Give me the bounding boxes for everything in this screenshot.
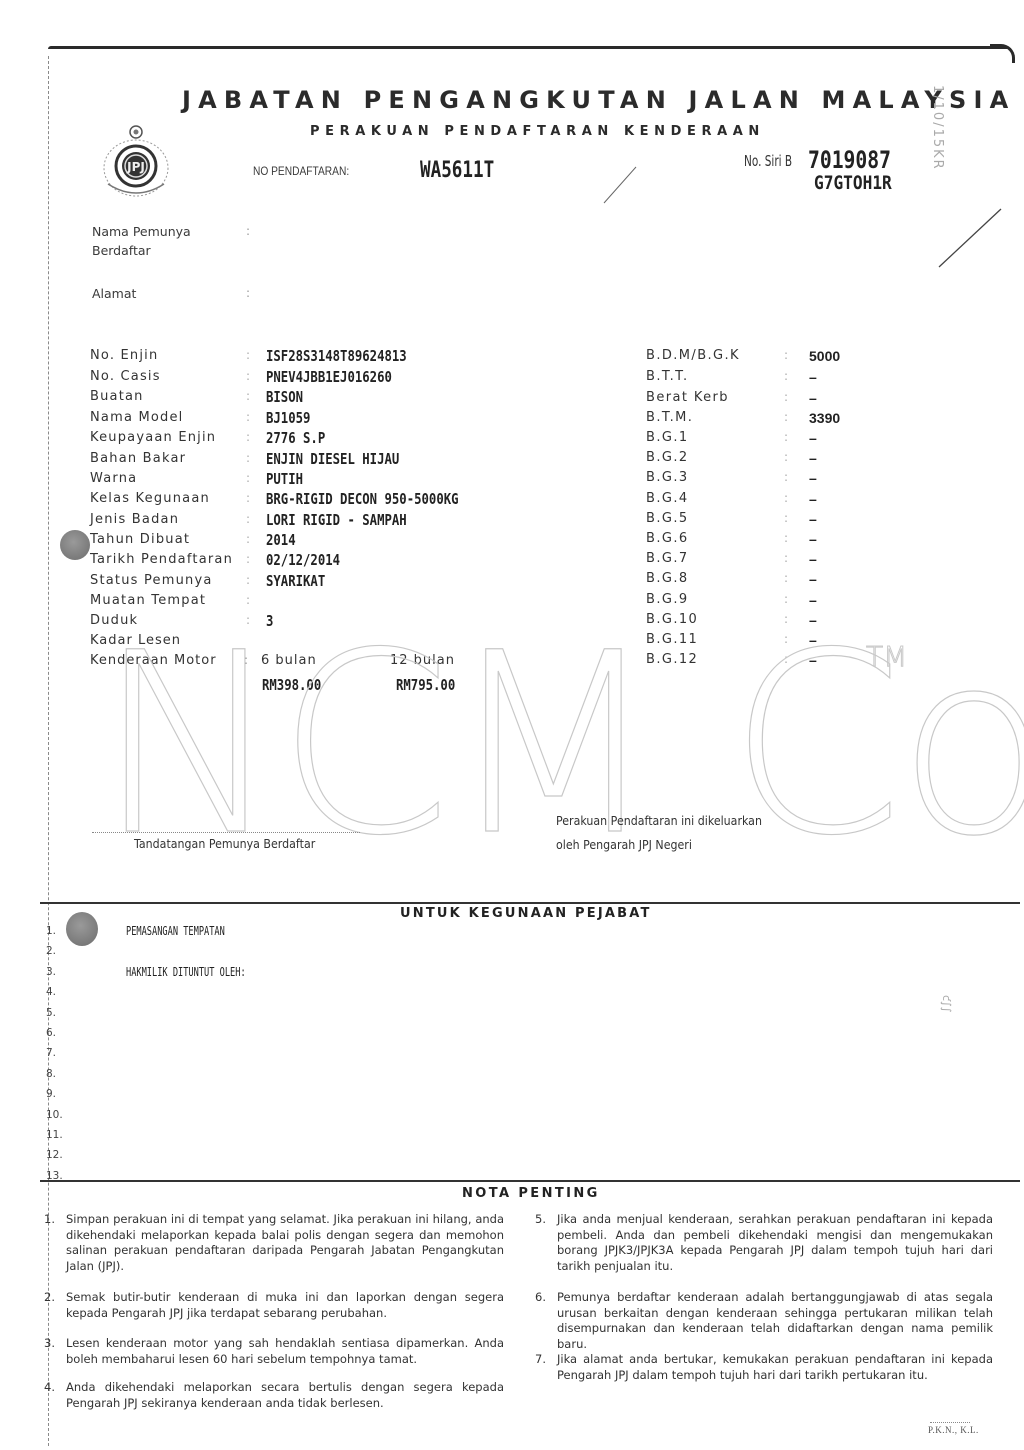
field-colon: : [784,450,788,464]
weight-field-label: Berat Kerb [646,390,729,405]
vehicle-row: Tarikh Pendaftaran:02/12/2014 [90,552,510,572]
note-item: 3.Lesen kenderaan motor yang sah hendakl… [66,1336,504,1367]
vehicle-field-value: 2776 S.P [266,429,325,447]
address-colon: : [246,286,250,300]
vehicle-field-label: Keupayaan Enjin [90,430,216,445]
weight-row: B.G.3:– [646,470,866,490]
vehicle-field-value: ISF28S3148T89624813 [266,347,407,365]
office-line-number: 8. [46,1068,66,1080]
weight-field-label: B.G.8 [646,571,689,586]
issuer-statement-line2: oleh Pengarah JPJ Negeri [556,838,692,852]
weight-field-value: 3390 [809,410,840,426]
field-colon: : [784,470,788,484]
weight-field-value: – [809,369,817,385]
vehicle-field-value: LORI RIGID - SAMPAH [266,511,407,529]
office-line-number: 7. [46,1047,66,1059]
note-number: 2. [44,1290,55,1306]
field-colon: : [784,430,788,444]
document-title: PERAKUAN PENDAFTARAN KENDERAAN [310,124,765,139]
vehicle-field-value: PUTIH [266,470,303,488]
office-line-number: 6. [46,1027,66,1039]
field-colon: : [246,451,250,465]
note-number: 7. [535,1352,546,1368]
field-colon: : [246,491,250,505]
weight-row: B.G.1:– [646,430,866,450]
field-colon: : [246,512,250,526]
note-number: 4. [44,1380,55,1396]
weight-field-value: – [809,571,817,587]
serial-number-label: No. Siri B [744,152,792,170]
vehicle-field-label: Nama Model [90,410,184,425]
weight-field-label: B.T.M. [646,410,693,425]
vehicle-field-value: PNEV4JBB1EJ016260 [266,368,392,386]
pen-stroke-mark [600,165,640,205]
weight-field-value: 5000 [809,348,840,364]
vehicle-field-label: Buatan [90,389,144,404]
vehicle-row: Warna:PUTIH [90,471,510,491]
weight-row: B.D.M/B.G.K:5000 [646,348,866,368]
svg-text:JPJ: JPJ [126,160,145,174]
vehicle-row: Tahun Dibuat:2014 [90,532,510,552]
office-line-number: 4. [46,986,66,998]
vehicle-field-value: 02/12/2014 [266,551,340,569]
field-colon: : [784,531,788,545]
address-label: Alamat [92,286,136,301]
vehicle-field-label: No. Enjin [90,348,158,363]
vehicle-field-value: ENJIN DIESEL HIJAU [266,450,399,468]
office-line-number: 3. [46,966,66,978]
weight-row: B.T.T.:– [646,369,866,389]
vehicle-row: No. Casis:PNEV4JBB1EJ016260 [90,369,510,389]
note-text: Jika anda menjual kenderaan, serahkan pe… [557,1212,993,1273]
vehicle-field-label: Status Pemunya [90,573,213,588]
weight-field-value: – [809,511,817,527]
office-line-text: HAKMILIK DITUNTUT OLEH: [126,965,246,979]
weight-field-label: B.G.1 [646,430,689,445]
punch-hole [60,530,90,560]
weight-field-label: B.T.T. [646,369,689,384]
note-number: 3. [44,1336,55,1352]
note-item: 6.Pemunya berdaftar kenderaan adalah ber… [557,1290,993,1352]
note-text: Jika alamat anda bertukar, kemukakan per… [557,1352,993,1382]
weight-row: B.G.6:– [646,531,866,551]
note-item: 2.Semak butir-butir kenderaan di muka in… [66,1290,504,1321]
note-text: Anda dikehendaki melaporkan secara bertu… [66,1380,504,1410]
weight-field-value: – [809,531,817,547]
weight-field-label: B.G.2 [646,450,689,465]
weight-field-value: – [809,390,817,406]
important-notes-title: NOTA PENTING [462,1186,600,1201]
vehicle-row: Buatan:BISON [90,389,510,409]
weight-row: B.G.2:– [646,450,866,470]
jpj-crest-icon: JPJ [100,122,172,200]
vehicle-field-value: BRG-RIGID DECON 950-5000KG [266,490,459,508]
vehicle-field-label: No. Casis [90,369,161,384]
field-colon: : [246,348,250,362]
vehicle-row: Keupayaan Enjin:2776 S.P [90,430,510,450]
field-colon: : [246,471,250,485]
weight-field-value: – [809,551,817,567]
note-text: Simpan perakuan ini di tempat yang selam… [66,1212,504,1273]
serial-number: 7019087 [808,146,891,174]
margin-handwritten-note: 1/10/15KR [930,85,945,171]
note-item: 5.Jika anda menjual kenderaan, serahkan … [557,1212,993,1274]
signature-line [92,832,360,833]
serial-code: G7GTOH1R [814,172,892,194]
vehicle-row: Kelas Kegunaan:BRG-RIGID DECON 950-5000K… [90,491,510,511]
divider-rule [40,1180,1020,1182]
weight-row: B.G.8:– [646,571,866,591]
owner-name-colon: : [246,224,250,238]
note-number: 6. [535,1290,546,1306]
registration-number: WA5611T [420,158,494,183]
printer-mark-line [930,1422,970,1423]
page-border-left [48,56,49,1446]
vehicle-row: Status Pemunya:SYARIKAT [90,573,510,593]
vehicle-row: Jenis Badan:LORI RIGID - SAMPAH [90,512,510,532]
vehicle-row: Nama Model:BJ1059 [90,410,510,430]
vehicle-row: Bahan Bakar:ENJIN DIESEL HIJAU [90,451,510,471]
field-colon: : [784,491,788,505]
note-number: 1. [44,1212,55,1228]
office-line-number: 12. [46,1149,66,1161]
divider-rule [40,902,1020,904]
office-line-number: 2. [46,945,66,957]
vehicle-field-label: Jenis Badan [90,512,179,527]
note-number: 5. [535,1212,546,1228]
office-use-title: UNTUK KEGUNAAN PEJABAT [400,906,652,921]
weight-field-label: B.G.5 [646,511,689,526]
office-line-number: 5. [46,1007,66,1019]
vehicle-field-label: Tarikh Pendaftaran [90,552,233,567]
weight-field-label: B.G.7 [646,551,689,566]
field-colon: : [246,532,250,546]
trademark-symbol: TM [866,640,907,673]
registration-number-label: NO PENDAFTARAN: [253,164,349,178]
weight-field-value: – [809,470,817,486]
field-colon: : [784,551,788,565]
pen-stroke-mark [935,205,1005,275]
field-colon: : [784,511,788,525]
vehicle-field-value: 2014 [266,531,296,549]
vehicle-field-value: SYARIKAT [266,572,325,590]
weight-field-value: – [809,491,817,507]
page-border-corner [990,44,1015,63]
printer-mark: P.K.N., K.L. [928,1425,979,1435]
field-colon: : [246,410,250,424]
field-colon: : [246,552,250,566]
vehicle-field-label: Bahan Bakar [90,451,186,466]
weight-row: B.G.7:– [646,551,866,571]
page-border-top [48,46,1010,49]
vehicle-field-label: Kelas Kegunaan [90,491,210,506]
issuer-statement-line1: Perakuan Pendaftaran ini dikeluarkan [556,814,762,828]
note-item: 7.Jika alamat anda bertukar, kemukakan p… [557,1352,993,1383]
weight-row: B.T.M.:3390 [646,410,866,430]
weight-row: B.G.4:– [646,491,866,511]
weight-row: Berat Kerb:– [646,390,866,410]
owner-name-label: Nama Pemunya [92,224,191,239]
field-colon: : [246,389,250,403]
field-colon: : [784,410,788,424]
vehicle-row: No. Enjin:ISF28S3148T89624813 [90,348,510,368]
office-line-number: 9. [46,1088,66,1100]
field-colon: : [784,348,788,362]
note-item: 4.Anda dikehendaki melaporkan secara ber… [66,1380,504,1411]
weight-row: B.G.5:– [646,511,866,531]
field-colon: : [784,571,788,585]
weight-field-label: B.D.M/B.G.K [646,348,740,363]
field-colon: : [246,573,250,587]
weight-field-label: B.G.4 [646,491,689,506]
office-line-number: 10. [46,1109,66,1121]
owner-name-label-2: Berdaftar [92,243,151,258]
vehicle-field-value: BJ1059 [266,409,310,427]
vehicle-field-value: BISON [266,388,303,406]
note-text: Lesen kenderaan motor yang sah hendaklah… [66,1336,504,1366]
vehicle-field-label: Warna [90,471,137,486]
agency-title: JABATAN PENGANGKUTAN JALAN MALAYSIA [182,86,1015,114]
margin-handwritten-mark: ƈ∫∫ [940,995,953,1013]
field-colon: : [784,390,788,404]
owner-signature-label: Tandatangan Pemunya Berdaftar [134,837,315,851]
office-line-text: PEMASANGAN TEMPATAN [126,924,225,938]
field-colon: : [246,369,250,383]
note-text: Pemunya berdaftar kenderaan adalah berta… [557,1290,993,1351]
note-item: 1.Simpan perakuan ini di tempat yang sel… [66,1212,504,1274]
weight-field-label: B.G.3 [646,470,689,485]
vehicle-field-label: Tahun Dibuat [90,532,190,547]
weight-field-value: – [809,430,817,446]
weight-field-label: B.G.6 [646,531,689,546]
office-line-number: 11. [46,1129,66,1141]
punch-hole [66,912,98,946]
field-colon: : [246,430,250,444]
field-colon: : [784,369,788,383]
weight-field-value: – [809,450,817,466]
note-text: Semak butir-butir kenderaan di muka ini … [66,1290,504,1320]
office-line-number: 1. [46,925,66,937]
